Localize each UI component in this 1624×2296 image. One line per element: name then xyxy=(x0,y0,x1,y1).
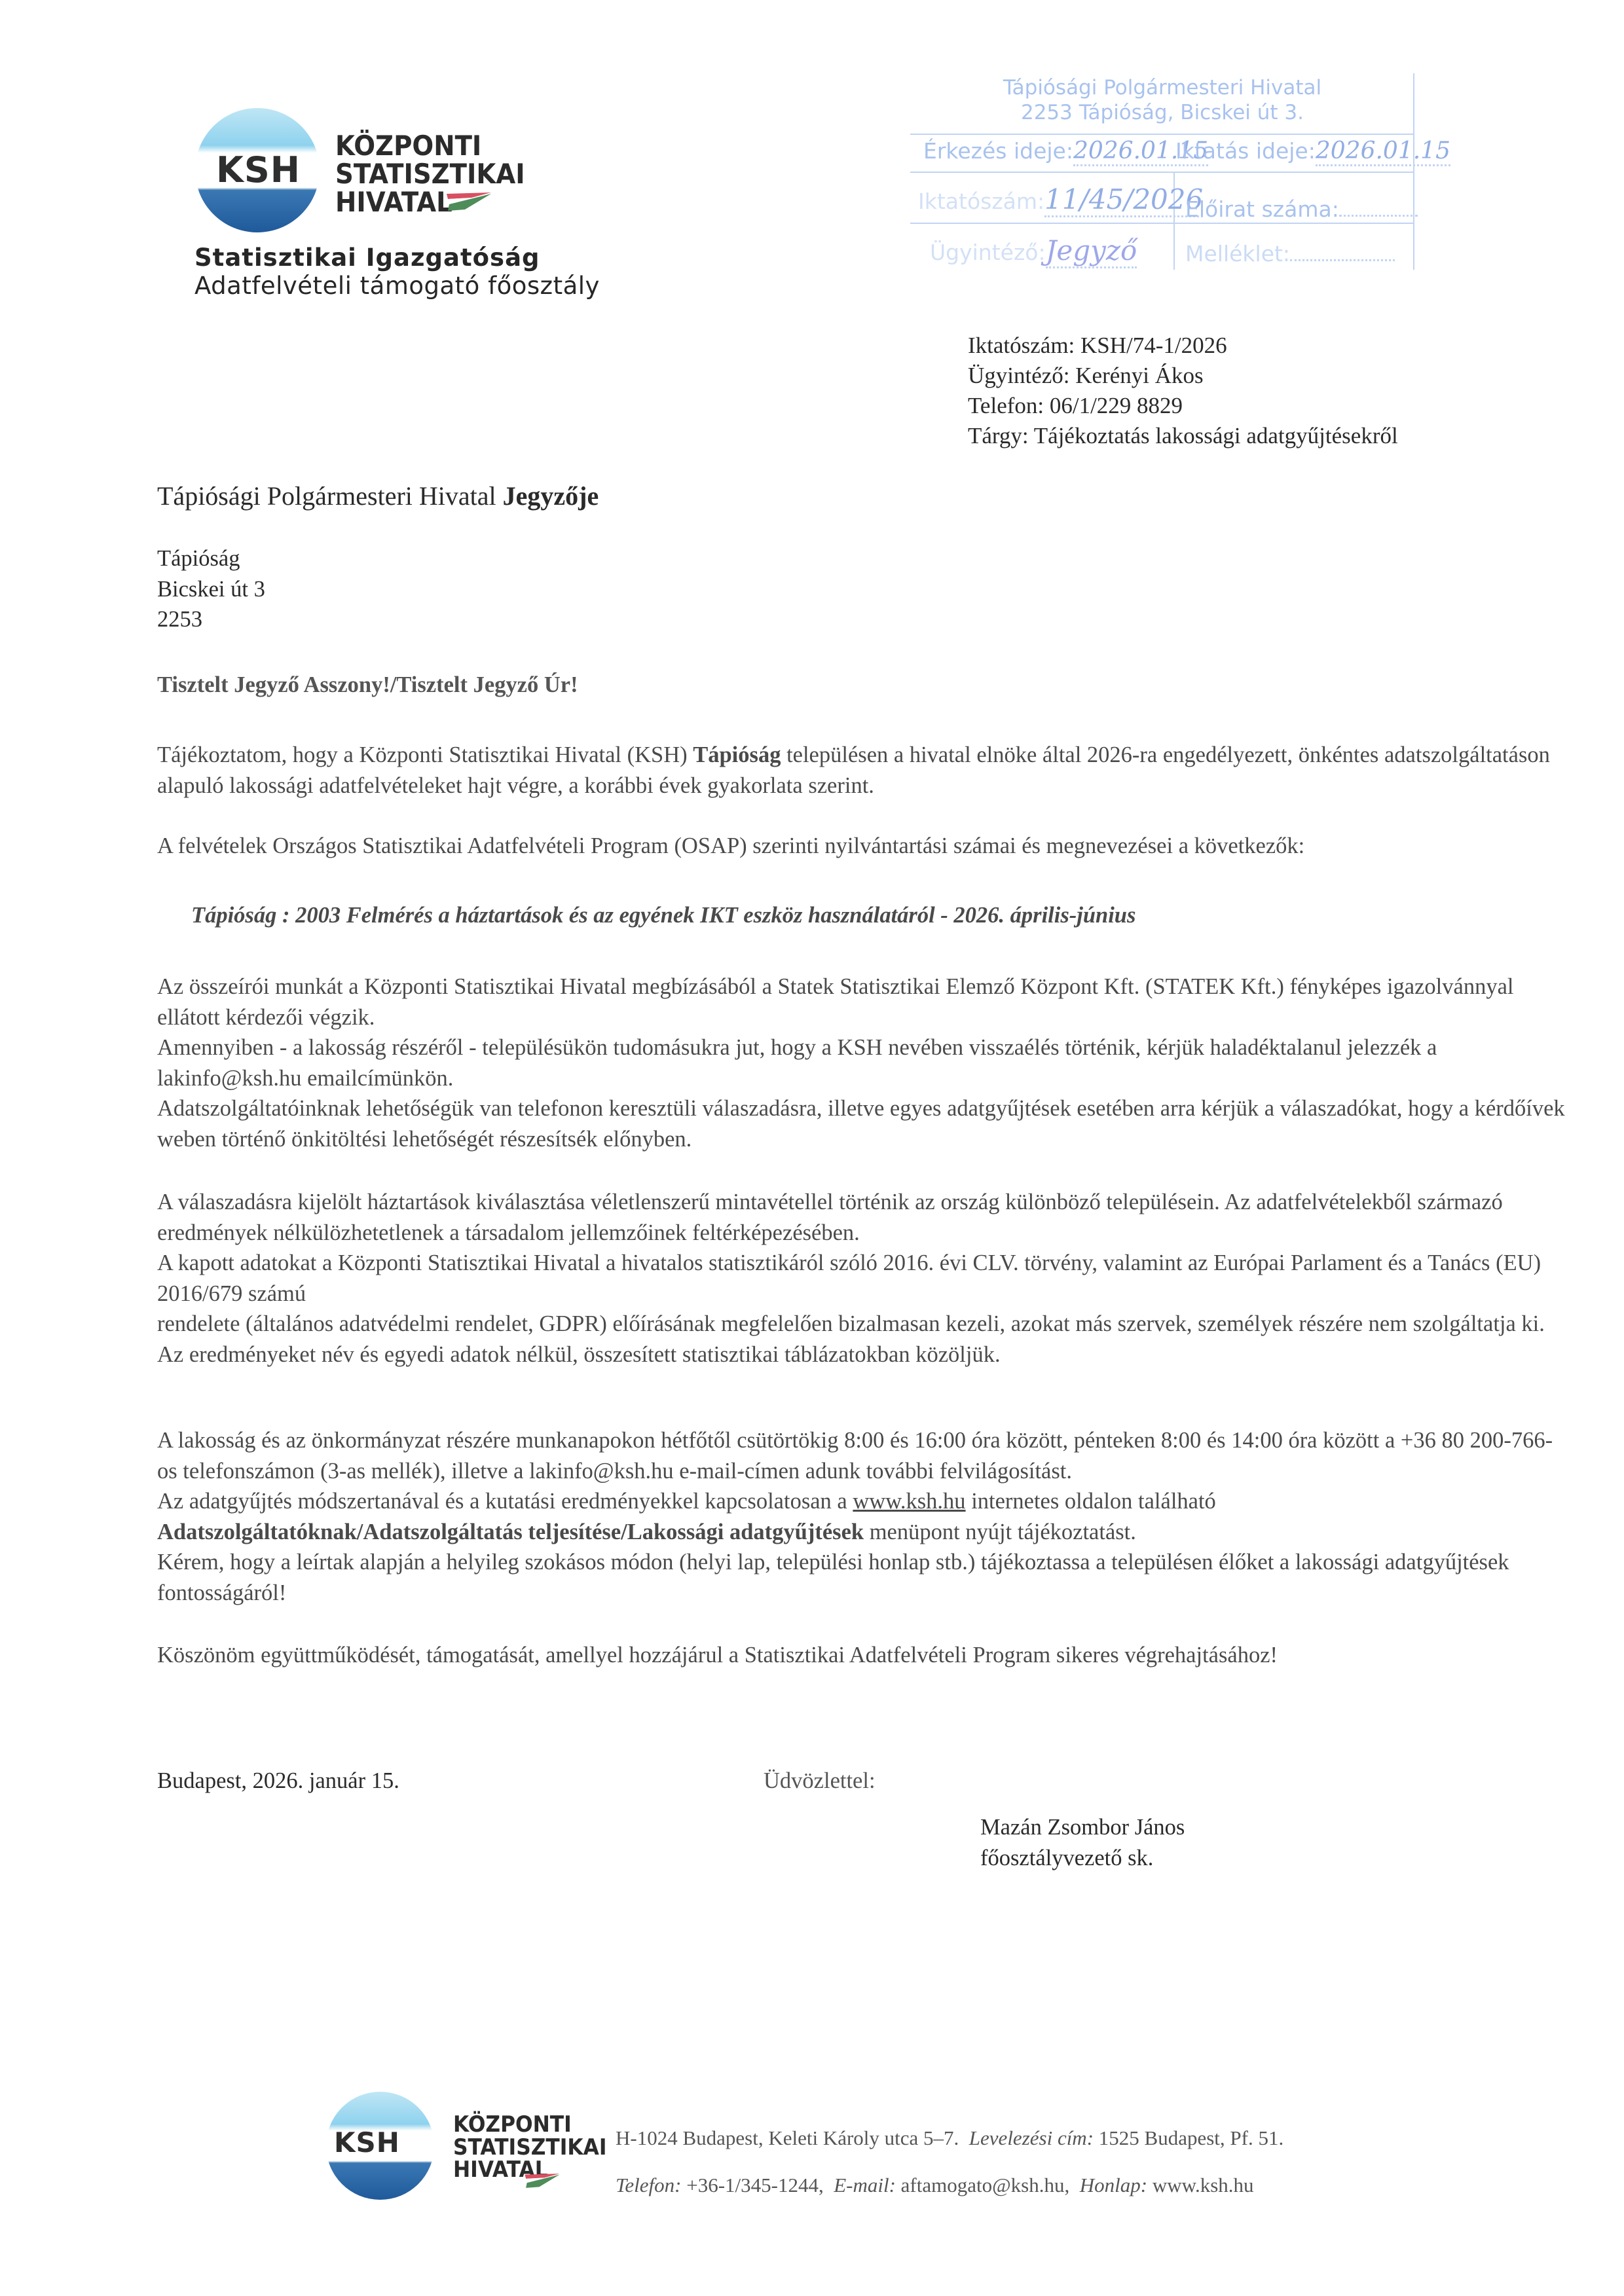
stamp-received: Érkezés ideje:2026.01.15 xyxy=(923,137,1208,166)
publication-text: Az eredményeket név és egyedi adatok nél… xyxy=(157,1339,1565,1370)
registration-stamp: Tápiósági Polgármesteri Hivatal 2253 Táp… xyxy=(910,73,1414,270)
file-number: Iktatószám: KSH/74-1/2026 xyxy=(968,331,1398,361)
paragraph-interviewers: Az összeírói munkát a Központi Statiszti… xyxy=(157,972,1565,1154)
logo-line2: STATISZTIKAI xyxy=(335,160,525,189)
ksh-website-link[interactable]: www.ksh.hu xyxy=(853,1489,965,1514)
stamp-number-value: 11/45/2026 xyxy=(1044,183,1203,217)
recipient-zip: 2253 xyxy=(157,604,1565,635)
methodology-part-1: Az adatgyűjtés módszertanával és a kutat… xyxy=(157,1489,847,1514)
stamp-number-label: Iktatószám: xyxy=(918,189,1044,214)
intro-part-1: Tájékoztatom, hogy a Központi Statisztik… xyxy=(157,742,688,767)
footer-phone-label: Telefon: xyxy=(616,2174,681,2196)
footer-logo-line1: KÖZPONTI xyxy=(453,2113,606,2136)
response-options-text: Adatszolgáltatóinknak lehetőségük van te… xyxy=(157,1093,1565,1154)
stamp-handler-label: Ügyintéző: xyxy=(930,240,1046,265)
stamp-handler-signature: Jegyző xyxy=(1046,234,1137,268)
footer-logo-wordmark: KÖZPONTI STATISZTIKAI HIVATAL xyxy=(453,2113,606,2181)
stamp-attachment-label: Melléklet: xyxy=(1185,241,1290,266)
contact-hours-text: A lakosság és az önkormányzat részére mu… xyxy=(157,1425,1565,1486)
stamp-divider xyxy=(910,223,1414,224)
stamp-border xyxy=(1413,73,1414,270)
methodology-text: Az adatgyűjtés módszertanával és a kutat… xyxy=(157,1486,1565,1547)
recipient-name: Tápiósági Polgármesteri Hivatal Jegyzője xyxy=(157,481,1565,512)
interviewers-text: Az összeírói munkát a Központi Statiszti… xyxy=(157,972,1565,1032)
case-officer: Ügyintéző: Kerényi Ákos xyxy=(968,361,1398,391)
salutation-text: Tisztelt Jegyző Asszony!/Tisztelt Jegyző… xyxy=(157,672,578,697)
footer-hungarian-flag-icon xyxy=(524,2172,561,2189)
intro-text: Tájékoztatom, hogy a Központi Statisztik… xyxy=(157,740,1565,801)
settlement-name: Tápióság xyxy=(693,742,781,767)
stamp-title-1: Tápiósági Polgármesteri Hivatal xyxy=(910,76,1414,100)
stamp-attachment: Melléklet: xyxy=(1185,241,1395,266)
stamp-divider xyxy=(910,134,1414,135)
gdpr-text: rendelete (általános adatvédelmi rendele… xyxy=(157,1309,1565,1339)
footer-phone-value: +36-1/345-1244, xyxy=(686,2174,824,2196)
footer-email-label: E-mail: xyxy=(834,2174,896,2196)
paragraph-intro: Tájékoztatom, hogy a Központi Statisztik… xyxy=(157,740,1565,801)
abuse-report-text: Amennyiben - a lakosság részéről - telep… xyxy=(157,1032,1565,1093)
logo-abbr: KSH xyxy=(216,149,301,191)
survey-line: Tápióság : 2003 Felmérés a háztartások é… xyxy=(191,900,1599,931)
directorate-name: Statisztikai Igazgatóság xyxy=(194,244,600,272)
signature-block: Mazán Zsombor János főosztályvezető sk. xyxy=(980,1812,1373,1873)
recipient-city: Tápióság xyxy=(157,543,1565,574)
paragraph-osap: A felvételek Országos Statisztikai Adatf… xyxy=(157,831,1565,862)
logo-line1: KÖZPONTI xyxy=(335,132,525,160)
place-date: Budapest, 2026. január 15. xyxy=(157,1766,550,1796)
footer-address-line: H-1024 Budapest, Keleti Károly utca 5–7.… xyxy=(616,2126,1283,2150)
paragraph-contact: A lakosság és az önkormányzat részére mu… xyxy=(157,1425,1565,1608)
recipient-address: Tápióság Bicskei út 3 2253 xyxy=(157,543,1565,635)
officer-phone: Telefon: 06/1/229 8829 xyxy=(968,391,1398,421)
stamp-prev-value xyxy=(1339,215,1418,217)
department-name: Adatfelvételi támogató főosztály xyxy=(194,272,600,300)
footer-web-link[interactable]: www.ksh.hu xyxy=(1153,2174,1254,2196)
hungarian-flag-icon xyxy=(445,191,492,212)
stamp-received-label: Érkezés ideje: xyxy=(923,138,1073,164)
logo-wordmark: KÖZPONTI STATISZTIKAI HIVATAL xyxy=(335,132,525,216)
stamp-attachment-value xyxy=(1290,259,1395,261)
stamp-prev: Előirat száma: xyxy=(1185,196,1418,222)
salutation: Tisztelt Jegyző Asszony!/Tisztelt Jegyző… xyxy=(157,670,1565,701)
methodology-part-2: internetes oldalon található xyxy=(971,1489,1216,1514)
paragraph-privacy: A válaszadásra kijelölt háztartások kivá… xyxy=(157,1187,1565,1370)
reference-block: Iktatószám: KSH/74-1/2026 Ügyintéző: Ker… xyxy=(968,331,1398,451)
stamp-divider xyxy=(910,172,1414,173)
footer-postal-value: 1525 Budapest, Pf. 51. xyxy=(1099,2126,1283,2149)
thanks-text: Köszönöm együttműködését, támogatását, a… xyxy=(157,1640,1565,1671)
footer-postal-label: Levelezési cím: xyxy=(969,2126,1094,2149)
sampling-text: A válaszadásra kijelölt háztartások kivá… xyxy=(157,1187,1565,1248)
footer-email-link[interactable]: aftamogato@ksh.hu, xyxy=(901,2174,1070,2196)
stamp-number: Iktatószám:11/45/2026 xyxy=(918,183,1203,217)
stamp-handler: Ügyintéző:Jegyző xyxy=(930,234,1137,268)
footer-address: H-1024 Budapest, Keleti Károly utca 5–7. xyxy=(616,2126,959,2149)
recipient-role: Jegyzője xyxy=(503,481,599,511)
footer-web-label: Honlap: xyxy=(1080,2174,1147,2196)
methodology-part-3: menüpont nyújt tájékoztatást. xyxy=(870,1520,1136,1544)
footer-contact-line: Telefon: +36-1/345-1244, E-mail: aftamog… xyxy=(616,2174,1254,2197)
survey-title: Tápióság : 2003 Felmérés a háztartások é… xyxy=(191,903,1135,928)
stamp-prev-label: Előirat száma: xyxy=(1185,196,1339,222)
paragraph-thanks: Köszönöm együttműködését, támogatását, a… xyxy=(157,1640,1565,1671)
stamp-filed: Iktatás ideje:2026.01.15 xyxy=(1175,137,1450,166)
footer-logo-line2: STATISZTIKAI xyxy=(453,2136,606,2159)
signer-title: főosztályvezető sk. xyxy=(980,1843,1373,1874)
recipient-street: Bicskei út 3 xyxy=(157,574,1565,605)
logo-line3: HIVATAL xyxy=(335,189,525,217)
subject-line: Tárgy: Tájékoztatás lakossági adatgyűjté… xyxy=(968,421,1398,451)
footer-logo-abbr: KSH xyxy=(334,2126,400,2159)
stamp-filed-value: 2026.01.15 xyxy=(1316,137,1450,166)
legal-basis-text: A kapott adatokat a Központi Statisztika… xyxy=(157,1248,1565,1309)
recipient-office: Tápiósági Polgármesteri Hivatal xyxy=(157,481,496,511)
osap-text: A felvételek Országos Statisztikai Adatf… xyxy=(157,831,1565,862)
greeting: Üdvözlettel: xyxy=(764,1766,1025,1796)
signer-name: Mazán Zsombor János xyxy=(980,1812,1373,1843)
menu-path: Adatszolgáltatóknak/Adatszolgáltatás tel… xyxy=(157,1520,864,1544)
department-block: Statisztikai Igazgatóság Adatfelvételi t… xyxy=(194,244,600,300)
request-text: Kérem, hogy a leírtak alapján a helyileg… xyxy=(157,1547,1565,1608)
stamp-title-2: 2253 Tápióság, Bicskei út 3. xyxy=(910,101,1414,124)
stamp-filed-label: Iktatás ideje: xyxy=(1175,138,1316,164)
